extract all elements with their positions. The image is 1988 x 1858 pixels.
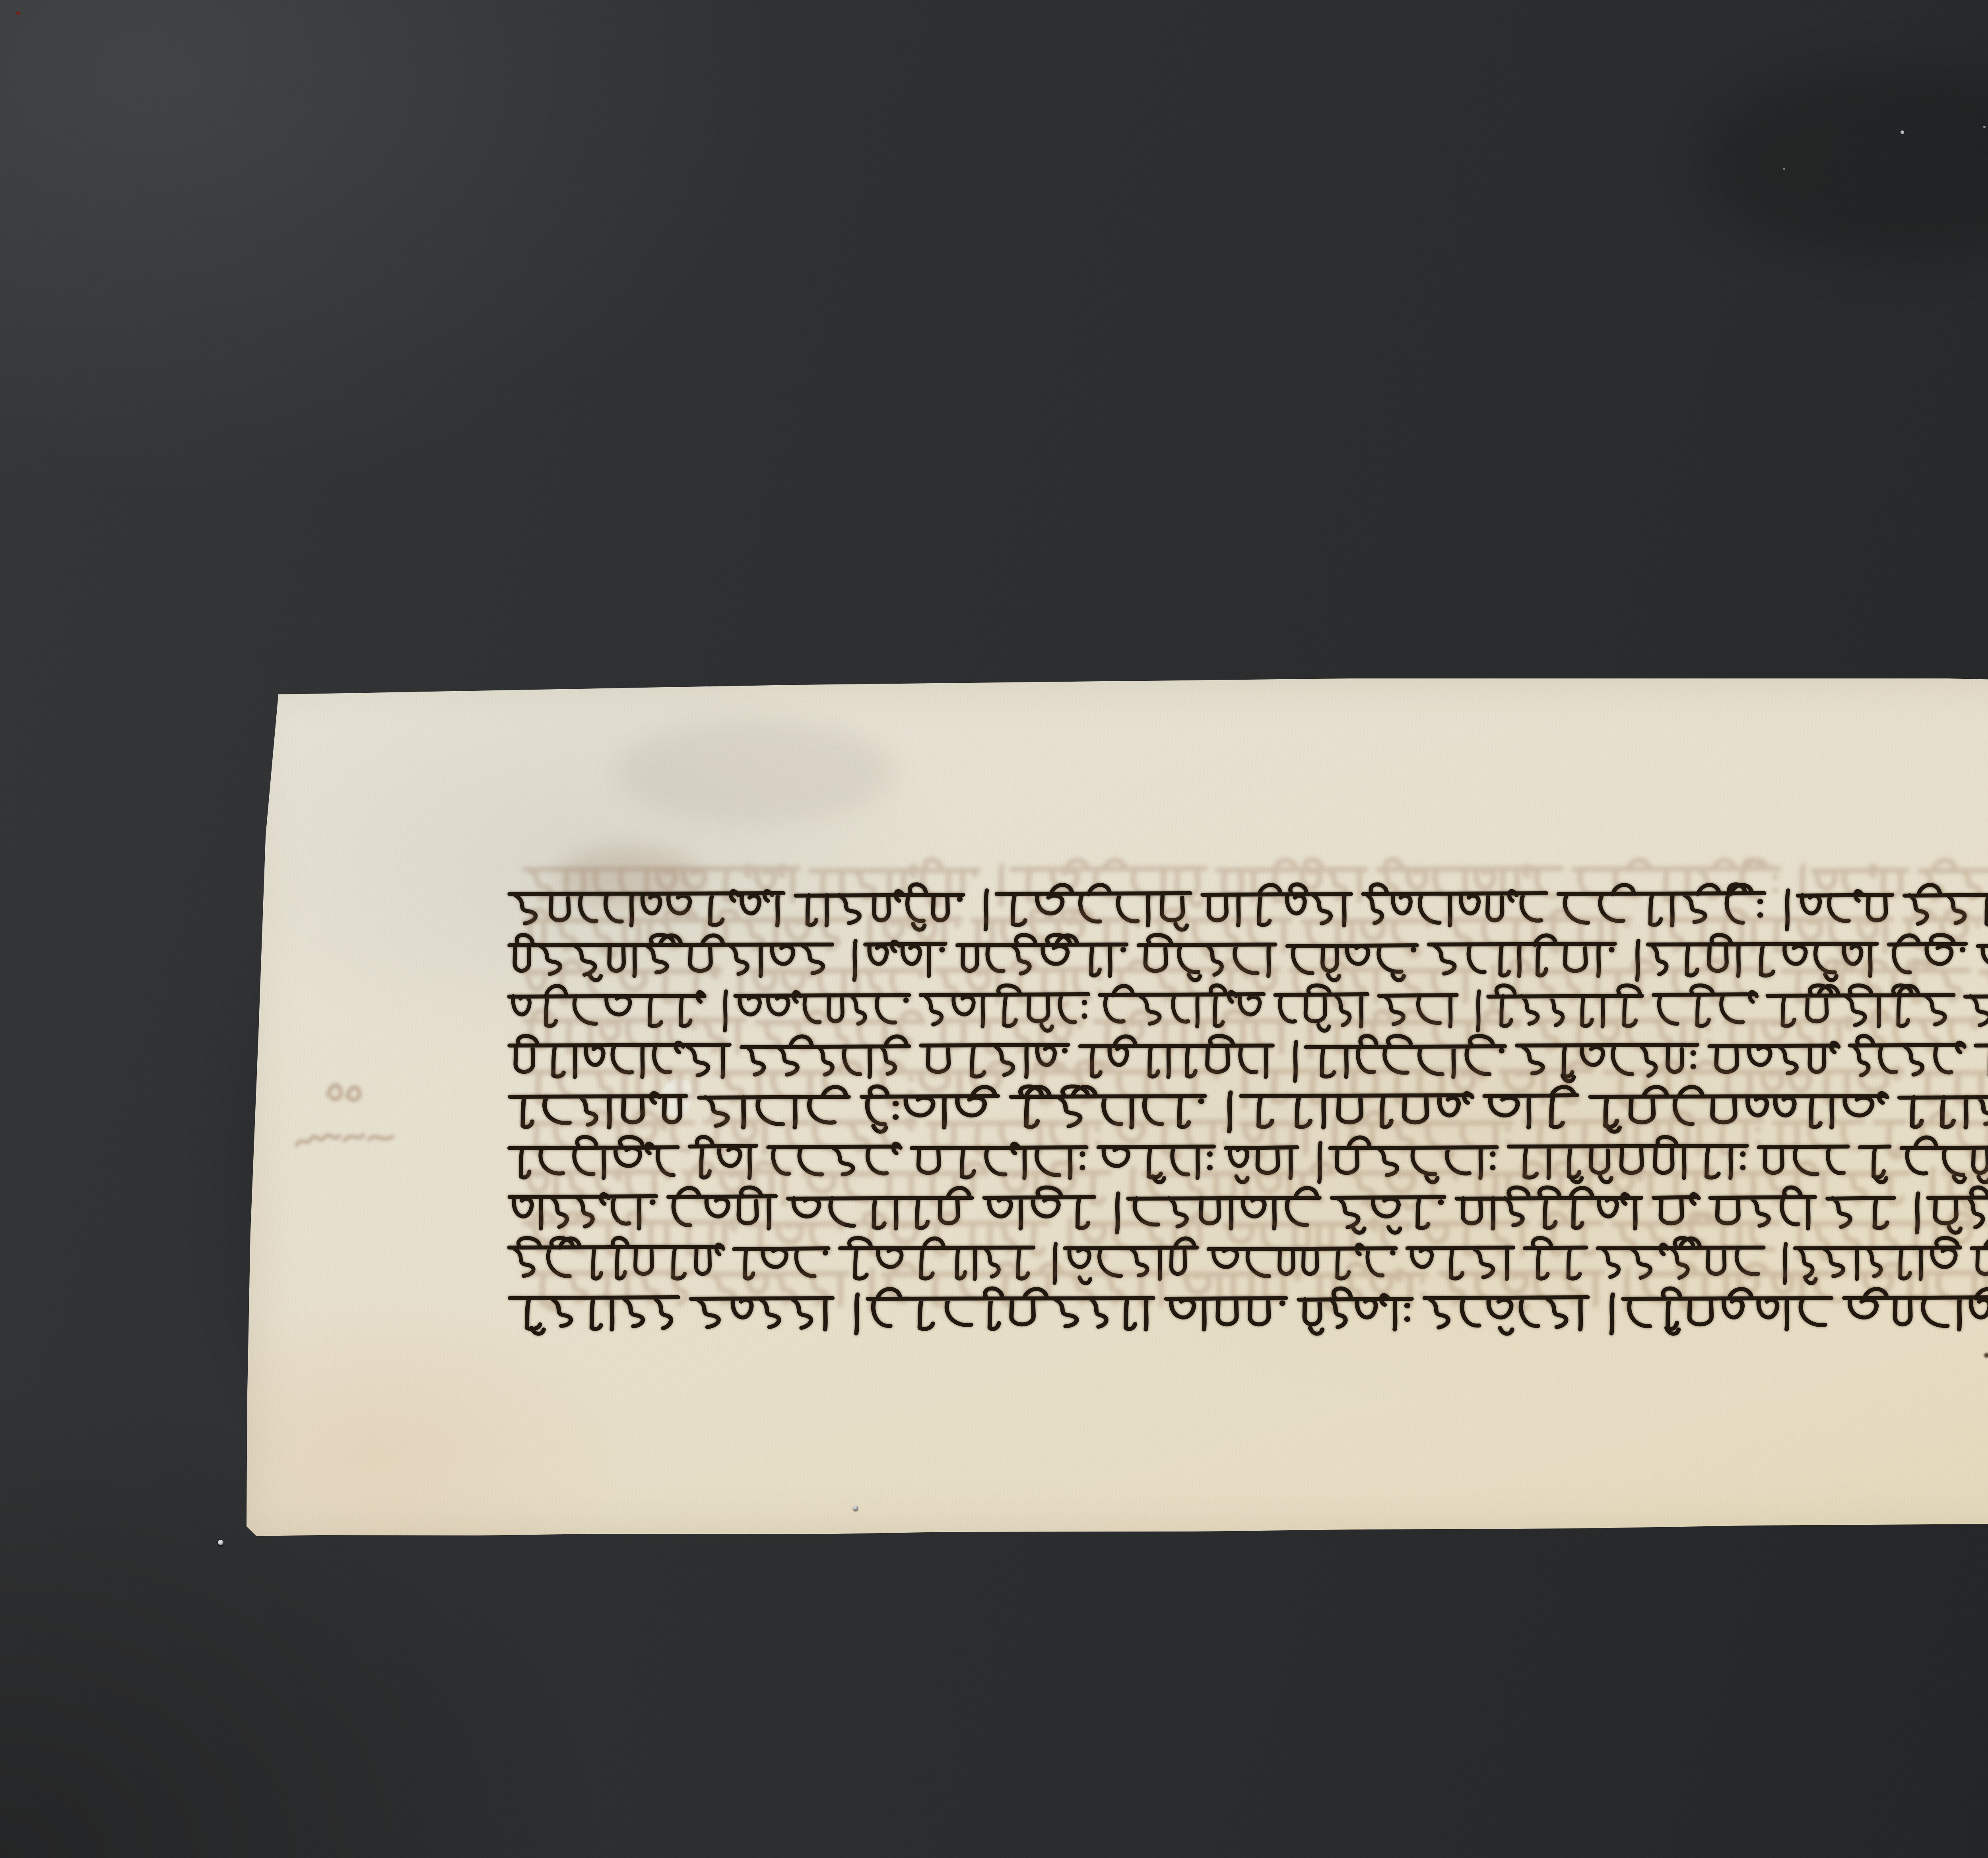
photograph-of-manuscript: ৬৭ এতস্মাচ্ছ্রেযো মাথমেমৃতং । অপিঠিবাহু … bbox=[0, 0, 1988, 1858]
dust-speck bbox=[1783, 168, 1785, 170]
bleedthrough-lower-text bbox=[243, 672, 243, 672]
manuscript-text-line: পুণ্যাবন তর্থযা । বিহরন্তীত্বযা সার্ধং হ… bbox=[503, 1285, 1988, 1345]
red-speck bbox=[16, 11, 20, 15]
manuscript-folio: ৬৭ এতস্মাচ্ছ্রেযো মাথমেমৃতং । অপিঠিবাহু … bbox=[243, 672, 1988, 1539]
board-smudge bbox=[1702, 68, 1988, 258]
gray-tint bbox=[616, 720, 895, 823]
bleedthrough-mark-upper-icon bbox=[324, 1076, 394, 1110]
pin-speck bbox=[218, 1540, 223, 1545]
dust-speck bbox=[1901, 130, 1904, 134]
bleedthrough-upper-text: ৬৭ bbox=[243, 672, 243, 672]
handwriting-stroke-layer bbox=[503, 1285, 1988, 1345]
folio-number-text: ৭ bbox=[243, 672, 243, 672]
manuscript-text-block: এতস্মাচ্ছ্রেযো মাথমেমৃতং । অপিঠিবাহু মাদ… bbox=[503, 881, 1988, 1354]
bleedthrough-mark-lower-icon bbox=[293, 1129, 399, 1160]
dust-speck bbox=[1983, 126, 1986, 128]
pin-speck bbox=[853, 1506, 858, 1510]
